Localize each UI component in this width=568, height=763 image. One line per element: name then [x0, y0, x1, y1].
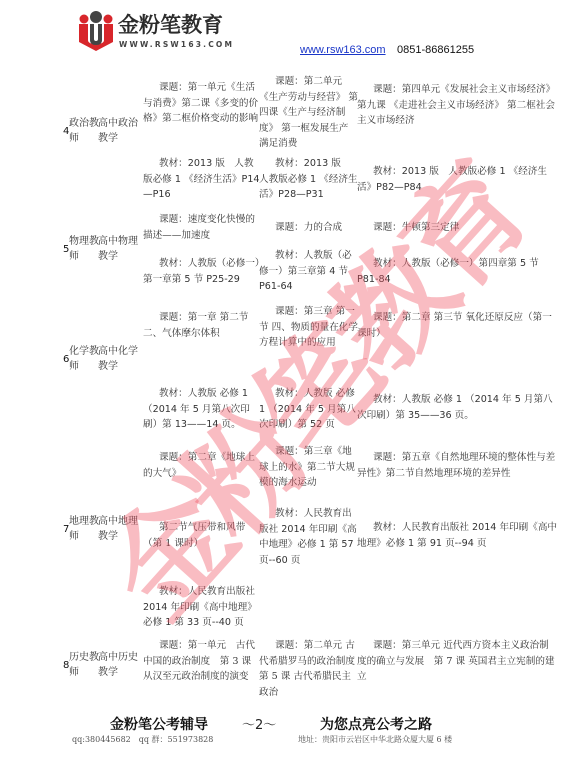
- material-cell: 教材：人教版（必修一）第四章第 5 节 P81-84: [357, 256, 557, 287]
- teaching-grade: 高中历史教学: [98, 650, 144, 680]
- topic-cell-extra: 第二节气压带和风带（第 1 课时）: [143, 520, 261, 551]
- teaching-grade: 高中地理教学: [98, 514, 144, 544]
- material-cell: 教材：人教版（必修一）第一章第 5 节 P25-29: [143, 256, 261, 287]
- topic-cell: 课题：牛顿第三定律: [357, 220, 557, 236]
- material-cell: 教材：人民教育出版社 2014 年印刷《高中地理》必修 1 第 33 页--40…: [143, 584, 261, 631]
- material-cell: 教材：人教版 必修 1 （2014 年 5 月第八次印刷）第 35——36 页。: [357, 392, 557, 423]
- footer-qq-contact: qq:380445682 qq 群：551973828: [72, 734, 213, 745]
- material-cell: 教材：人教版 必修 1 （2014 年 5 月第八次印刷）第 13——14 页。: [143, 386, 261, 433]
- topic-cell: 课题：力的合成: [259, 220, 359, 236]
- topic-cell: 课题：第三单元 近代西方资本主义政治制度的确立与发展 第 7 课 英国君主立宪制…: [357, 638, 557, 685]
- footer-slogan: 为您点亮公考之路: [320, 714, 432, 734]
- material-cell: 教材：人教版（必修一）第三章第 4 节 P61-64: [259, 248, 359, 295]
- topic-cell: 课题：第一章 第二节 二、气体摩尔体积: [143, 310, 261, 341]
- teacher-role: 化学教师: [69, 344, 99, 374]
- topic-cell: 课题：第二章《地球上的大气》: [143, 450, 261, 481]
- topic-cell: 课题：第三章《地球上的水》第二节大规模的海水运动: [259, 444, 359, 491]
- material-cell: 教材：2013 版 人教版必修 1 《经济生活》P28—P31: [259, 156, 359, 203]
- logo-text: 金粉笔教育: [118, 14, 223, 36]
- topic-cell: 课题：第二单元 古代希腊罗马的政治制度 第 5 课 古代希腊民主政治: [259, 638, 359, 700]
- material-cell: 教材：2013 版 人教版必修 1 《经济生活》P14—P16: [143, 156, 261, 203]
- topic-cell: 课题：第一单元《生活与消费》第二课《多变的价格》第二框价格变动的影响: [143, 80, 261, 127]
- material-cell: 教材：人教版 必修 1 （2014 年 5 月第八次印刷）第 52 页: [259, 386, 359, 433]
- topic-cell: 课题：第一单元 古代中国的政治制度 第 3 课 从汉至元政治制度的演变: [143, 638, 261, 685]
- teacher-role: 地理教师: [69, 514, 99, 544]
- topic-cell: 课题：速度变化快慢的描述——加速度: [143, 212, 261, 243]
- material-cell: 教材：人民教育出版社 2014 年印刷《高中地理》必修 1 第 57 页--60…: [259, 506, 359, 568]
- topic-cell: 课题：第五章《自然地理环境的整体性与差异性》第二节自然地理环境的差异性: [357, 450, 557, 481]
- topic-cell: 课题：第三章 第一节 四、物质的量在化学方程计算中的应用: [259, 304, 359, 351]
- brand-logo: 金粉笔教育 WWW.RSW163.COM: [78, 8, 228, 54]
- footer-address: 地址：贵阳市云岩区中华北路众厦大厦 6 楼: [298, 734, 452, 745]
- teaching-grade: 高中物理教学: [98, 234, 144, 264]
- page-number: ～2～: [242, 714, 276, 733]
- teacher-role: 物理教师: [69, 234, 99, 264]
- topic-cell: 课题：第四单元《发展社会主义市场经济》 第九课 《走进社会主义市场经济》 第二框…: [357, 82, 557, 129]
- logo-mark-icon: [78, 10, 114, 52]
- footer-left-title: 金粉笔公考辅导: [110, 714, 208, 734]
- logo-subtext: WWW.RSW163.COM: [119, 40, 234, 49]
- material-cell: 教材：人民教育出版社 2014 年印刷《高中地理》必修 1 第 91 页--94…: [357, 520, 557, 551]
- contact-phone: 0851-86861255: [397, 44, 474, 56]
- material-cell: 教材：2013 版 人教版必修 1 《经济生活》P82—P84: [357, 164, 557, 195]
- teaching-grade: 高中化学教学: [98, 344, 144, 374]
- page-footer: 金粉笔公考辅导 qq:380445682 qq 群：551973828 ～2～ …: [0, 710, 568, 763]
- website-link[interactable]: www.rsw163.com: [300, 44, 386, 56]
- topic-cell: 课题：第二章 第三节 氧化还原反应（第一课时）: [357, 310, 557, 341]
- teacher-role: 历史教师: [69, 650, 99, 680]
- topic-cell: 课题：第二单元《生产劳动与经营》 第四课《生产与经济制度》 第一框发展生产 满足…: [259, 74, 359, 152]
- teaching-grade: 高中政治教学: [98, 116, 144, 146]
- page-header: 金粉笔教育 WWW.RSW163.COM www.rsw163.com 0851…: [0, 0, 568, 62]
- teacher-role: 政治教师: [69, 116, 99, 146]
